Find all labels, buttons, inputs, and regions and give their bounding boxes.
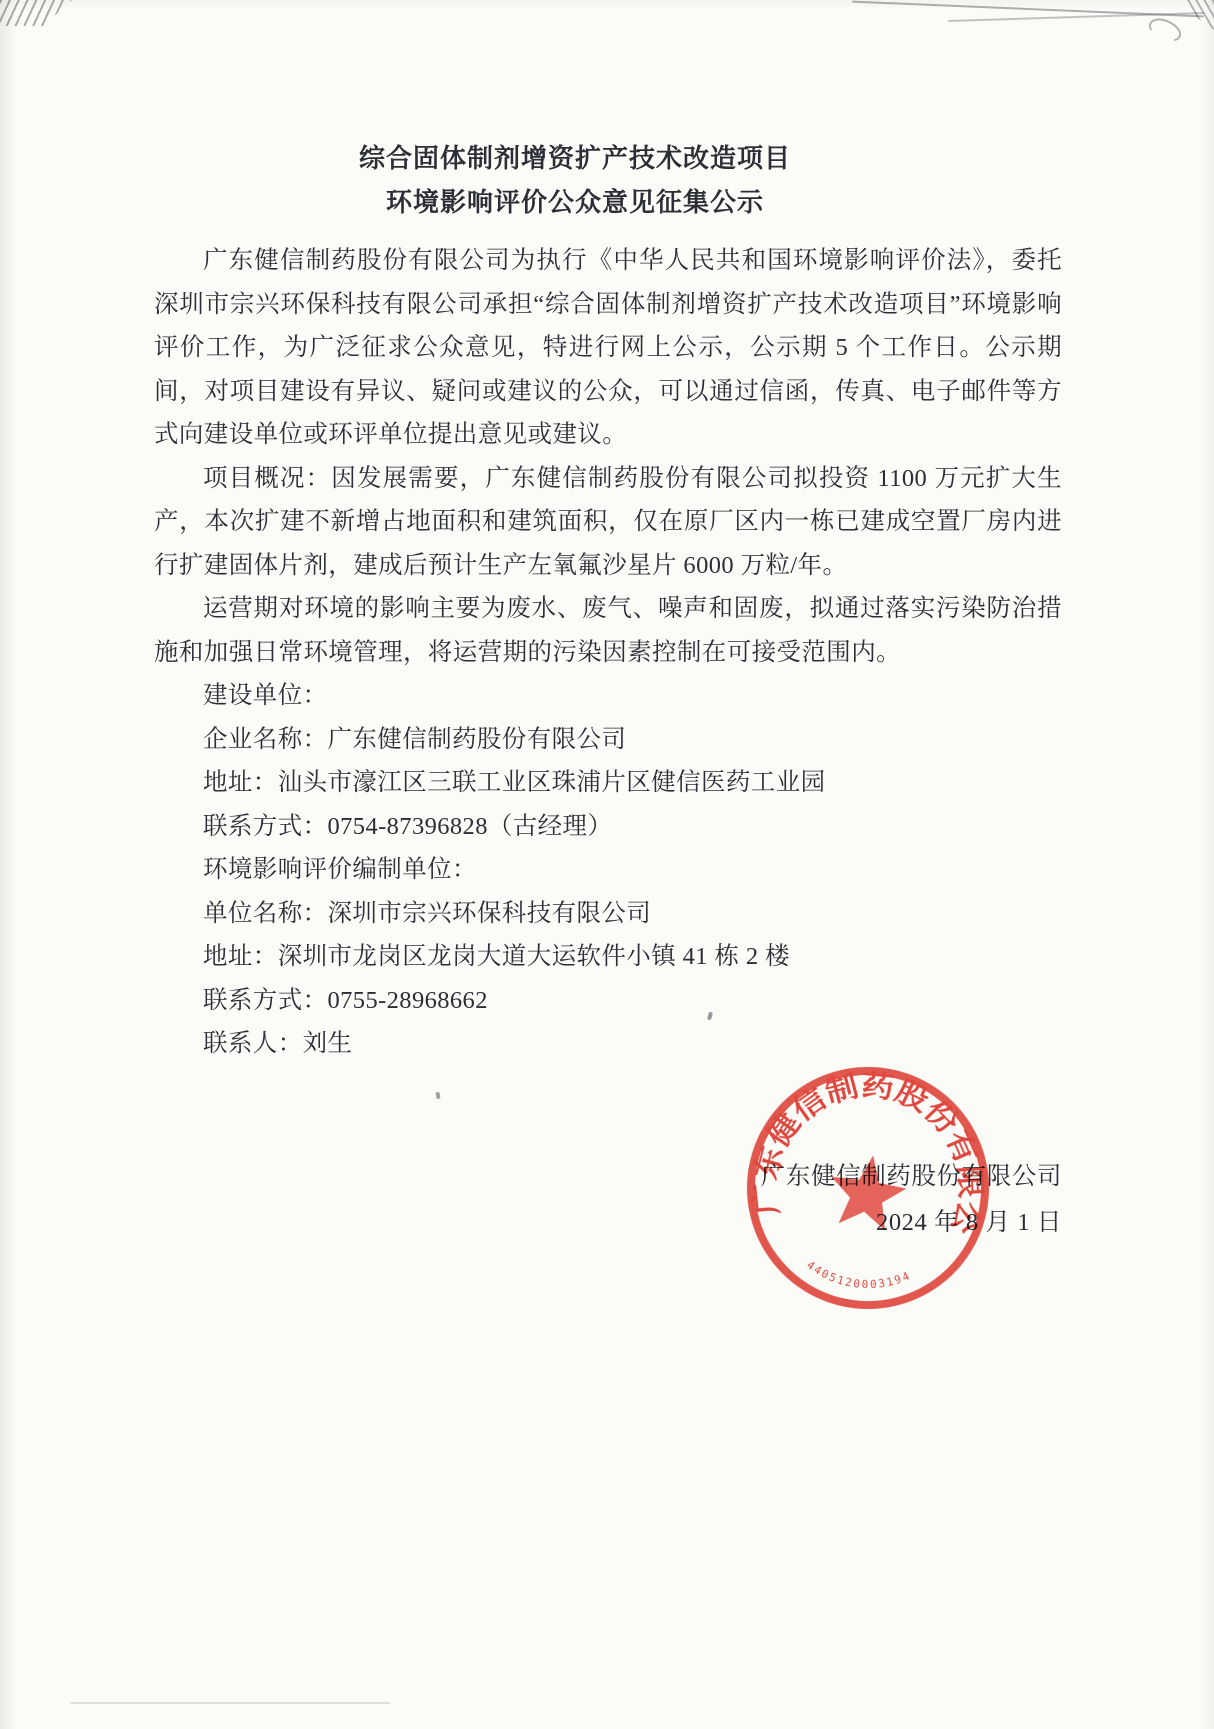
paragraph-project-overview: 项目概况：因发展需要，广东健信制药股份有限公司拟投资 1100 万元扩大生产，本… xyxy=(154,457,1062,588)
eia-contact-person: 联系人：刘生 xyxy=(154,1022,1062,1066)
eia-contact: 联系方式：0755-28968662 xyxy=(154,979,1062,1023)
document-title: 综合固体制剂增资扩产技术改造项目 环境影响评价公众意见征集公示 xyxy=(121,137,1029,225)
scan-artifact-top-right xyxy=(1172,0,1214,30)
seal-star-icon xyxy=(824,1149,910,1232)
construction-address: 地址：汕头市濠江区三联工业区珠浦片区健信医药工业园 xyxy=(154,761,1062,805)
paragraph-intro: 广东健信制药股份有限公司为执行《中华人民共和国环境影响评价法》，委托深圳市宗兴环… xyxy=(154,239,1062,457)
scan-artifact-speck xyxy=(435,1092,440,1100)
paragraph-operation-impact: 运营期对环境的影响主要为废水、废气、噪声和固废，拟通过落实污染防治措施和加强日常… xyxy=(154,587,1062,674)
document-body: 广东健信制药股份有限公司为执行《中华人民共和国环境影响评价法》，委托深圳市宗兴环… xyxy=(154,239,1062,1066)
section-heading-construction-unit: 建设单位： xyxy=(154,674,1062,718)
company-seal: 广东健信制药股份有限公司 4405120003194 xyxy=(724,1044,1012,1332)
scan-artifact-top-streak xyxy=(948,12,1204,22)
section-heading-eia-unit: 环境影响评价编制单位： xyxy=(154,848,1062,892)
company-seal-graphic: 广东健信制药股份有限公司 4405120003194 xyxy=(724,1044,1012,1332)
construction-contact: 联系方式：0754-87396828（古经理） xyxy=(154,805,1062,849)
eia-address: 地址：深圳市龙岗区龙岗大道大运软件小镇 41 栋 2 楼 xyxy=(154,935,1062,979)
seal-company-text: 广东健信制药股份有限公司 xyxy=(724,1044,1010,1252)
eia-company-name: 单位名称：深圳市宗兴环保科技有限公司 xyxy=(154,892,1062,936)
scan-artifact-top-left xyxy=(0,0,72,26)
scan-artifact-top-streak xyxy=(852,1,1204,18)
scan-artifact-bottom-streak xyxy=(70,1702,390,1704)
construction-company-name: 企业名称：广东健信制药股份有限公司 xyxy=(154,718,1062,762)
title-line-2: 环境影响评价公众意见征集公示 xyxy=(121,181,1029,225)
scan-artifact-curl xyxy=(1145,14,1184,46)
title-line-1: 综合固体制剂增资扩产技术改造项目 xyxy=(121,137,1029,181)
